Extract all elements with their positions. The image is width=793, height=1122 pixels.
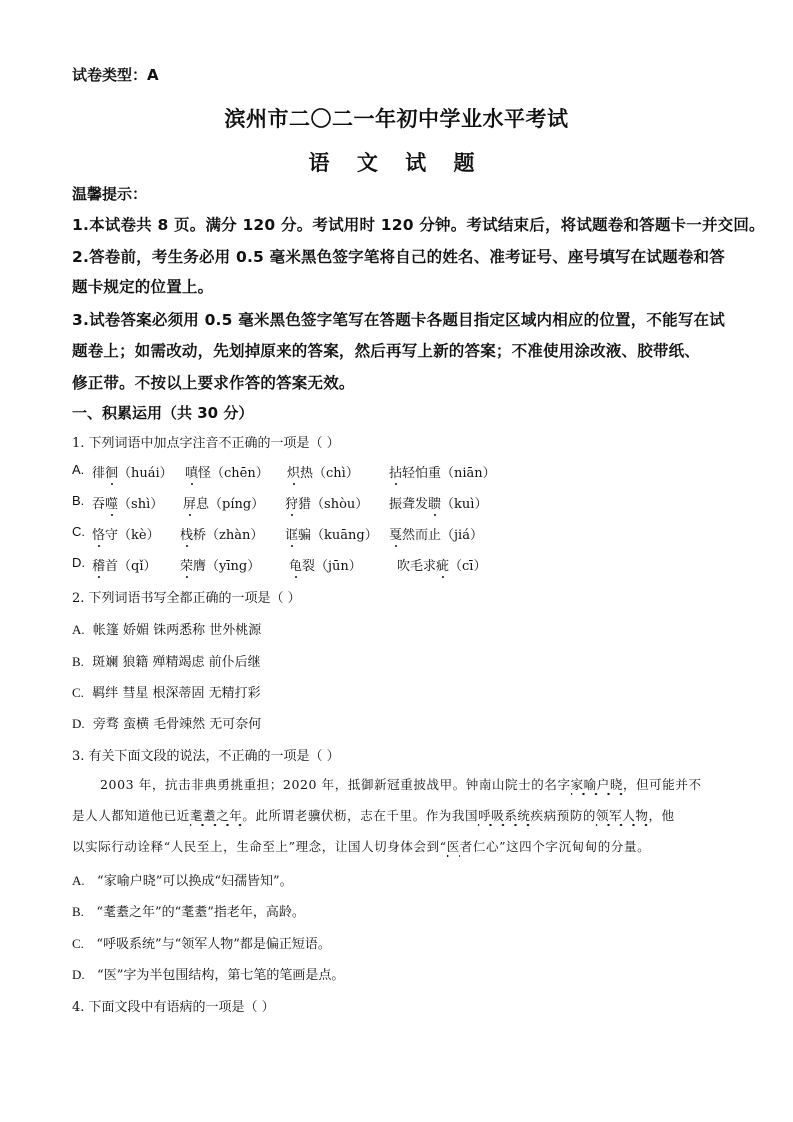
q2-option-a: A. 帐篷 娇媚 铢两悉称 世外桃源 — [72, 619, 261, 638]
section-heading: 一、积累运用（共 30 分） — [72, 402, 253, 423]
q1-option-d: D. 稽首（qǐ） 荣膺（yīng） 龟裂（jūn） 吹毛求疵（cī） — [72, 555, 772, 575]
option-label: C. — [72, 524, 85, 539]
word-text: 猎 — [298, 497, 311, 512]
passage-text: ，但可能并不 — [623, 777, 702, 792]
option-label: B. — [72, 904, 84, 919]
pinyin: （kuì） — [441, 497, 487, 512]
exam-page: 试卷类型：A 滨州市二〇二一年初中学业水平考试 语 文 试 题 温馨提示： 1.… — [0, 0, 793, 1122]
passage-text: 2003 年，抗击非典勇挑重担；2020 年，抵御新冠重披战甲。钟南山院士的名字 — [100, 777, 571, 792]
word-text: 守 — [105, 528, 118, 543]
q1-b-item-3: 狩猎（shòu） — [285, 493, 368, 512]
passage-line: 2003 年，抗击非典勇挑重担；2020 年，抵御新冠重披战甲。钟南山院士的名字… — [100, 775, 702, 793]
dotted-char: 狩 — [285, 493, 298, 512]
dotted-char: 噬 — [105, 493, 118, 512]
dotted-char: 徊 — [105, 462, 118, 481]
word-text: 桥 — [193, 528, 206, 543]
q3-option-c: C. “呼吸系统”与“领军人物”都是偏正短语。 — [72, 933, 331, 952]
passage-text: ，他 — [648, 808, 674, 823]
dotted-char: 拈 — [389, 462, 402, 481]
pinyin: （chēn） — [211, 466, 269, 481]
pinyin: （shì） — [118, 497, 163, 512]
paper-type-label: 试卷类型：A — [72, 64, 159, 85]
dotted-char: 恪 — [92, 524, 105, 543]
q1-d-item-2: 荣膺（yīng） — [180, 555, 260, 574]
pinyin: （píng） — [209, 497, 264, 512]
q1-option-c: C. 恪守（kè） 栈桥（zhàn） 诓骗（kuāng） 戛然而止（jiá） — [72, 524, 772, 544]
pinyin: （cī） — [449, 559, 486, 574]
pinyin: （shòu） — [311, 497, 368, 512]
option-label: B. — [72, 654, 84, 669]
dotted-phrase: 呼吸系统 — [478, 808, 530, 827]
passage-text: 以实际行动诠释“人民至上，生命至上”理念，让国人切身体会到“ — [72, 839, 447, 854]
word-text: 首 — [105, 559, 118, 574]
pinyin: （kè） — [118, 528, 160, 543]
q1-d-item-3: 龟裂（jūn） — [289, 555, 362, 574]
dotted-char: 栈 — [180, 524, 193, 543]
option-label: A. — [72, 462, 84, 477]
dotted-phrase: 领军人物 — [596, 808, 648, 827]
option-label: A. — [72, 622, 85, 637]
option-label: B. — [72, 493, 84, 508]
word-text: 轻怕重 — [402, 466, 441, 481]
q3-option-a: A. “家喻户晓”可以换成“妇孺皆知”。 — [72, 870, 293, 889]
option-label: C. — [72, 936, 84, 951]
pinyin: （chì） — [313, 466, 359, 481]
dotted-phrase: 耄耋之年 — [190, 808, 242, 827]
dotted-char: 龟 — [289, 555, 302, 574]
tip-line: 题卷上；如需改动，先划掉原来的答案，然后再写上新的答案；不准使用涂改液、胶带纸、 — [72, 339, 700, 361]
q1-a-item-2: 嗔怪（chēn） — [185, 462, 269, 481]
q2-option-b: B. 斑斓 狼籍 殚精竭虑 前仆后继 — [72, 651, 261, 670]
dotted-char: 屏 — [183, 493, 196, 512]
tip-line: 3.试卷答案必须用 0.5 毫米黑色签字笔写在答题卡各题目指定区域内相应的位置，… — [72, 308, 725, 330]
q3-option-d: D. “医”字为半包围结构，第七笔的笔画是点。 — [72, 964, 344, 983]
tips-heading: 温馨提示： — [72, 183, 147, 204]
option-text: 帐篷 娇媚 铢两悉称 世外桃源 — [93, 623, 261, 638]
passage-text: 疾病预防的 — [531, 808, 597, 823]
word-text: 徘 — [92, 466, 105, 481]
pinyin: （niān） — [441, 466, 496, 481]
passage-text: 是人人都知道他已近 — [72, 808, 190, 823]
q1-a-item-4: 拈轻怕重（niān） — [389, 462, 496, 481]
passage-line: 以实际行动诠释“人民至上，生命至上”理念，让国人切身体会到“医者仁心”这四个字沉… — [72, 837, 650, 855]
dotted-char: 诓 — [285, 524, 298, 543]
option-text: “家喻户晓”可以换成“妇孺皆知”。 — [97, 874, 293, 889]
q1-c-item-4: 戛然而止（jiá） — [389, 524, 483, 543]
word-text: 吞 — [92, 497, 105, 512]
q1-a-item-1: 徘徊（huái） — [92, 462, 173, 481]
q3-option-b: B. “耄耋之年”的“耄耋”指老年，高龄。 — [72, 901, 305, 920]
option-label: D. — [72, 555, 85, 570]
word-text: 热 — [300, 466, 313, 481]
subject-title: 语 文 试 题 — [0, 147, 793, 177]
tip-line: 2.答卷前，考生务必用 0.5 毫米黑色签字笔将自己的姓名、准考证号、座号填写在… — [72, 245, 725, 267]
tip-line: 修正带。不按以上要求作答的答案无效。 — [72, 371, 355, 393]
option-label: D. — [72, 716, 85, 731]
q1-c-item-3: 诓骗（kuāng） — [285, 524, 378, 543]
option-text: “耄耋之年”的“耄耋”指老年，高龄。 — [96, 905, 305, 920]
option-label: D. — [72, 967, 85, 982]
option-text: 羁绊 彗星 根深蒂固 无精打彩 — [92, 686, 260, 701]
passage-text: 者仁心”这四个字沉甸甸的分量。 — [460, 839, 650, 854]
dotted-phrase: 医 — [447, 839, 460, 858]
pinyin: （qǐ） — [118, 559, 156, 574]
pinyin: （jūn） — [315, 559, 362, 574]
q1-option-a: A. 徘徊（huái） 嗔怪（chēn） 炽热（chì） 拈轻怕重（niān） — [72, 462, 772, 482]
q1-b-item-1: 吞噬（shì） — [92, 493, 163, 512]
q1-b-item-4: 振聋发聩（kuì） — [389, 493, 487, 512]
exam-title: 滨州市二〇二一年初中学业水平考试 — [0, 103, 793, 133]
tip-line: 1.本试卷共 8 页。满分 120 分。考试用时 120 分钟。考试结束后，将试… — [72, 213, 765, 235]
word-text: 息 — [196, 497, 209, 512]
word-text: 怪 — [198, 466, 211, 481]
dotted-char: 戛 — [389, 524, 402, 543]
option-text: “医”字为半包围结构，第七笔的笔画是点。 — [97, 968, 344, 983]
q2-option-c: C. 羁绊 彗星 根深蒂固 无精打彩 — [72, 682, 261, 701]
tip-line: 题卡规定的位置上。 — [72, 275, 213, 297]
passage-text: 。此所谓老骥伏枥，志在千里。作为我国 — [242, 808, 478, 823]
dotted-char: 嗔 — [185, 462, 198, 481]
option-text: 斑斓 狼籍 殚精竭虑 前仆后继 — [92, 655, 260, 670]
dotted-char: 荣 — [180, 555, 193, 574]
pinyin: （yīng） — [206, 559, 260, 574]
dotted-char: 聩 — [428, 493, 441, 512]
option-text: 旁骛 蛮横 毛骨竦然 无可奈何 — [93, 717, 261, 732]
q1-d-item-4: 吹毛求疵（cī） — [397, 555, 486, 574]
word-text: 膺 — [193, 559, 206, 574]
word-text: 然而止 — [402, 528, 441, 543]
option-label: A. — [72, 873, 85, 888]
q1-c-item-2: 栈桥（zhàn） — [180, 524, 263, 543]
question-2-stem: 2. 下列词语书写全都正确的一项是（ ） — [72, 587, 301, 606]
word-text: 吹毛求 — [397, 559, 436, 574]
pinyin: （jiá） — [441, 528, 483, 543]
dotted-phrase: 家喻户晓 — [571, 777, 623, 796]
option-label: C. — [72, 685, 84, 700]
q1-option-b: B. 吞噬（shì） 屏息（píng） 狩猎（shòu） 振聋发聩（kuì） — [72, 493, 772, 513]
q1-d-item-1: 稽首（qǐ） — [92, 555, 157, 574]
dotted-char: 疵 — [436, 555, 449, 574]
pinyin: （zhàn） — [206, 528, 263, 543]
q1-c-item-1: 恪守（kè） — [92, 524, 160, 543]
word-text: 裂 — [302, 559, 315, 574]
q1-b-item-2: 屏息（píng） — [183, 493, 264, 512]
pinyin: （kuāng） — [311, 528, 378, 543]
question-1-stem: 1. 下列词语中加点字注音不正确的一项是（ ） — [72, 432, 340, 451]
q1-a-item-3: 炽热（chì） — [287, 462, 359, 481]
pinyin: （huái） — [118, 466, 173, 481]
dotted-char: 炽 — [287, 462, 300, 481]
dotted-char: 稽 — [92, 555, 105, 574]
word-text: 振聋发 — [389, 497, 428, 512]
question-4-stem: 4. 下面文段中有语病的一项是（ ） — [72, 996, 275, 1015]
word-text: 骗 — [298, 528, 311, 543]
passage-line: 是人人都知道他已近耄耋之年。此所谓老骥伏枥，志在千里。作为我国呼吸系统疾病预防的… — [72, 806, 675, 824]
option-text: “呼吸系统”与“领军人物”都是偏正短语。 — [96, 937, 331, 952]
q2-option-d: D. 旁骛 蛮横 毛骨竦然 无可奈何 — [72, 713, 261, 732]
question-3-stem: 3. 有关下面文段的说法，不正确的一项是（ ） — [72, 745, 340, 764]
